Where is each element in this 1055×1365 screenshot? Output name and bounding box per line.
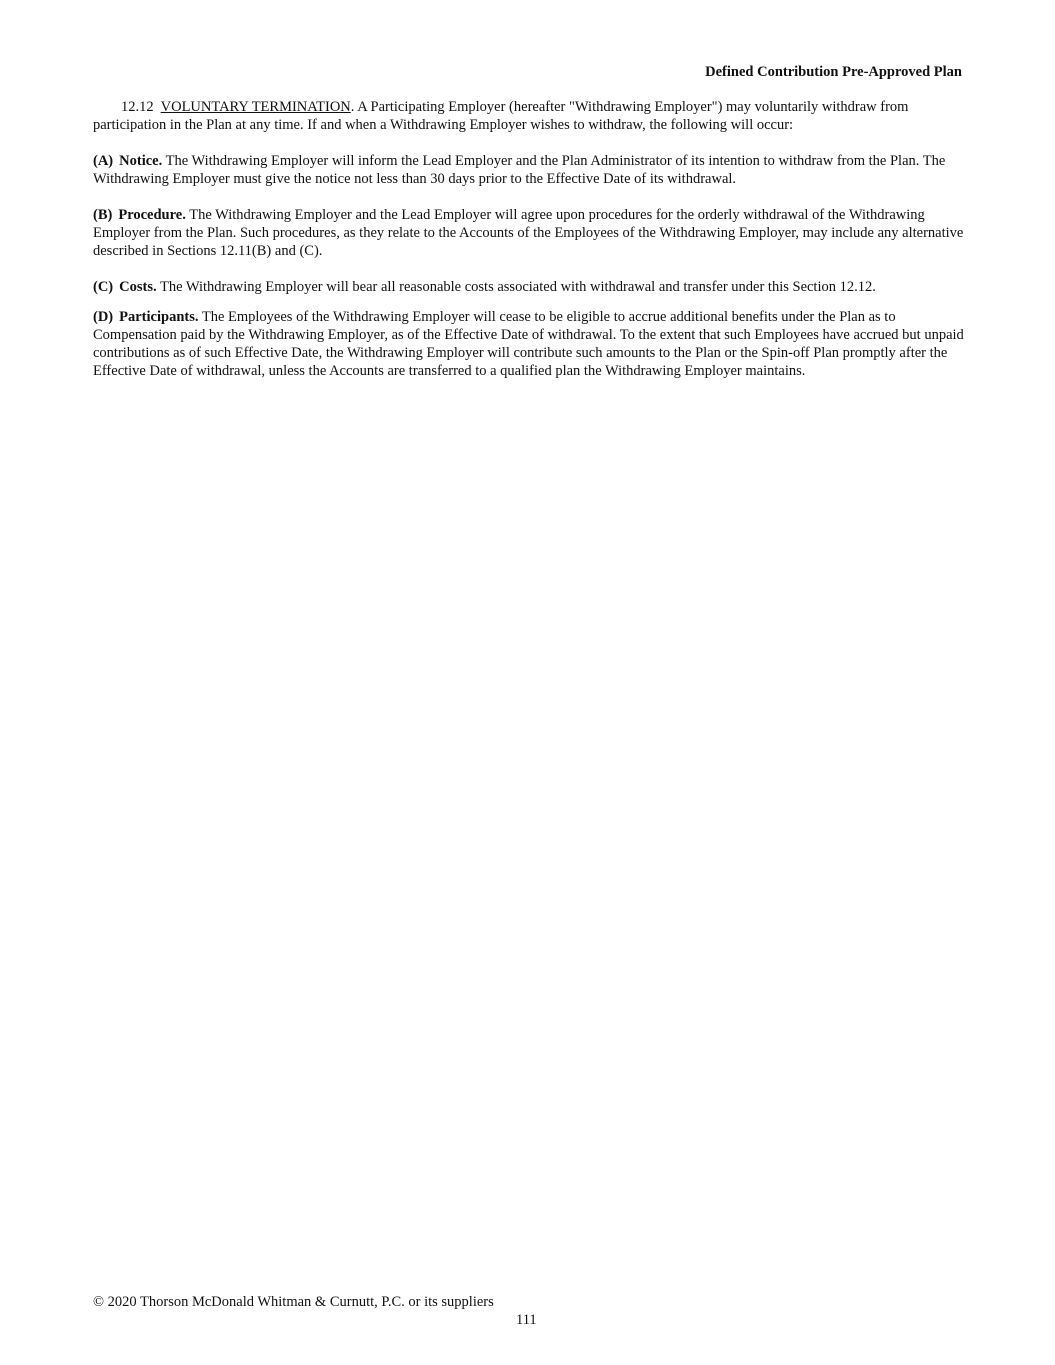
subsection-label: (A) — [93, 153, 113, 169]
subsection-title: Participants. — [119, 309, 198, 325]
subsection-label: (B) — [93, 207, 112, 223]
section-number: 12.12 — [121, 99, 154, 115]
subsection-text: The Withdrawing Employer will inform the… — [93, 153, 945, 187]
subsection-text: The Employees of the Withdrawing Employe… — [93, 309, 964, 379]
page-header-title: Defined Contribution Pre-Approved Plan — [705, 63, 962, 81]
subsection-title: Procedure. — [118, 207, 186, 223]
page-number: 111 — [516, 1311, 537, 1329]
footer-copyright: © 2020 Thorson McDonald Whitman & Curnut… — [93, 1293, 494, 1311]
subsection-title: Notice. — [119, 153, 162, 169]
subsection-label: (C) — [93, 279, 113, 295]
subsection-procedure: (B)Procedure. The Withdrawing Employer a… — [93, 206, 973, 260]
subsection-participants: (D)Participants. The Employees of the Wi… — [93, 308, 973, 380]
document-body: 12.12VOLUNTARY TERMINATION. A Participat… — [93, 98, 973, 398]
subsection-label: (D) — [93, 309, 113, 325]
section-intro-paragraph: 12.12VOLUNTARY TERMINATION. A Participat… — [93, 98, 973, 134]
subsection-costs: (C)Costs. The Withdrawing Employer will … — [93, 278, 973, 296]
subsection-title: Costs. — [119, 279, 156, 295]
subsection-notice: (A)Notice. The Withdrawing Employer will… — [93, 152, 973, 188]
subsection-text: The Withdrawing Employer will bear all r… — [157, 279, 876, 295]
section-title: VOLUNTARY TERMINATION — [161, 99, 351, 115]
subsection-text: The Withdrawing Employer and the Lead Em… — [93, 207, 963, 259]
